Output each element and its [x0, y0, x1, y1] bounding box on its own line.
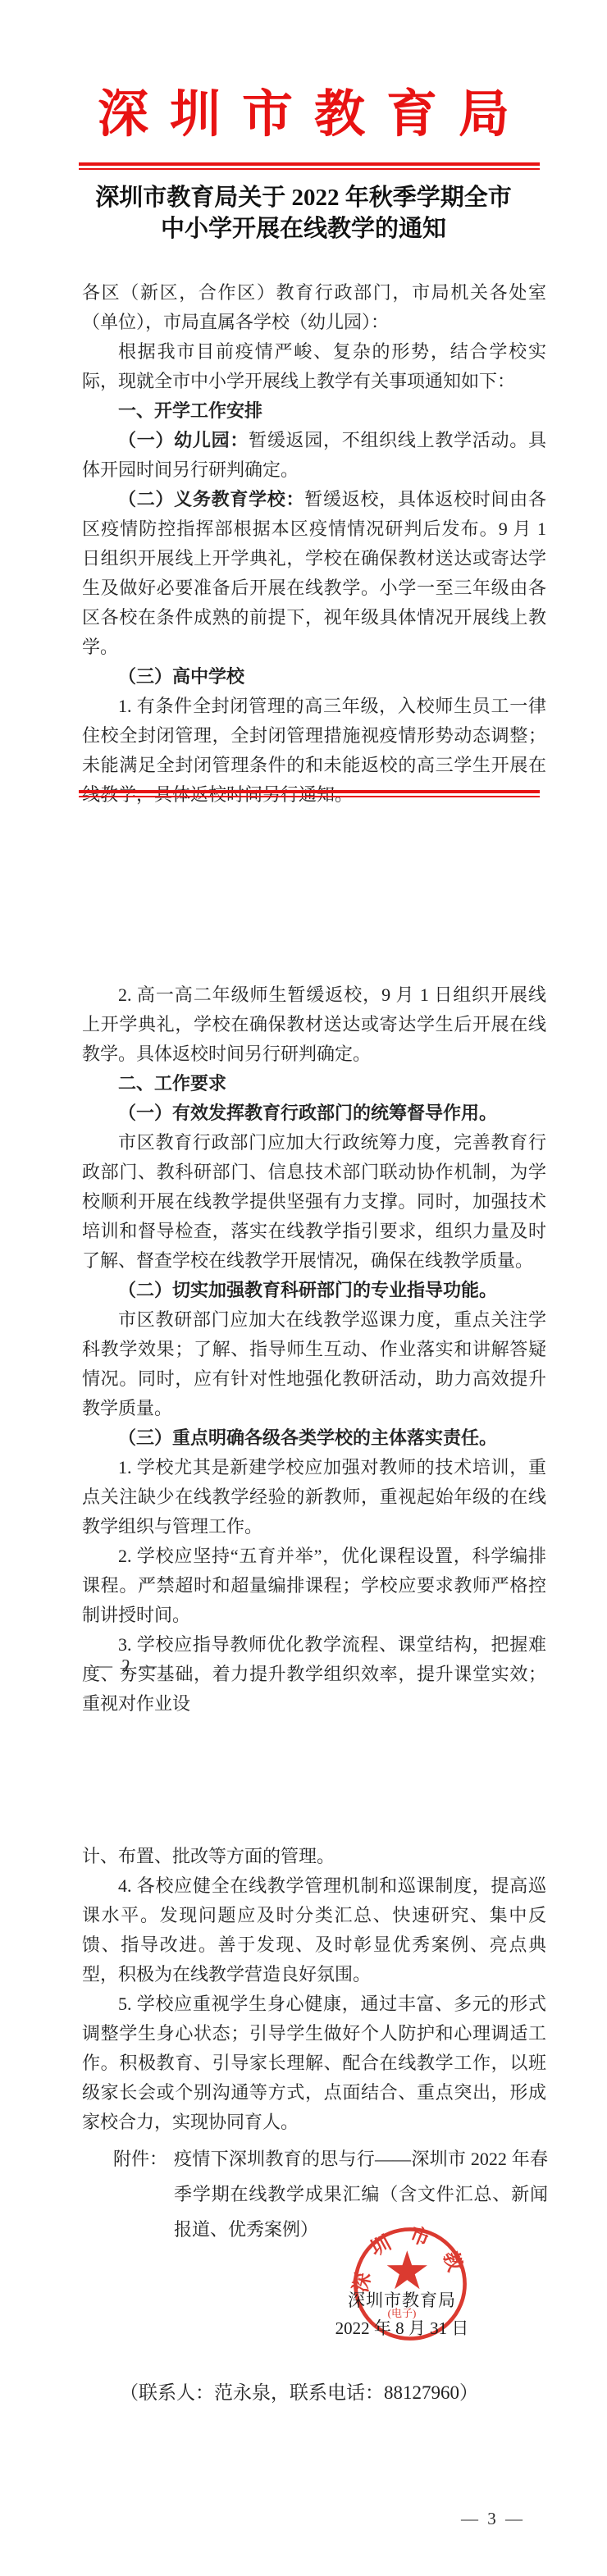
page1-body: 各区（新区，合作区）教育行政部门，市局机关各处室（单位），市局直属各学校（幼儿园… [82, 278, 546, 810]
heading-req3: （三）重点明确各级各类学校的主体落实责任。 [82, 1423, 546, 1453]
para-compulsory-school-lead: （二）义务教育学校： [118, 489, 304, 509]
document-scan: 深圳市教育局 深圳市教育局关于 2022 年秋季学期全市 中小学开展在线教学的通… [0, 0, 607, 2576]
seal-star-icon [387, 2250, 427, 2289]
document-title-line1: 深圳市教育局关于 2022 年秋季学期全市 [0, 182, 607, 213]
contact-line: （联系人：范永泉，联系电话：88127960） [120, 2377, 478, 2405]
signature-date: 2022 年 8 月 31 日 [312, 2315, 492, 2340]
page2-number: — 2 — [95, 1656, 159, 1676]
para-intro: 根据我市目前疫情严峻、复杂的形势，结合学校实际，现就全市中小学开展线上教学有关事… [82, 337, 546, 396]
page2-body: 2. 高一高二年级师生暂缓返校，9 月 1 日组织开展线上开学典礼，学校在确保教… [82, 980, 546, 1719]
agency-letterhead: 深圳市教育局 [0, 85, 607, 144]
attachment-label: 附件： [113, 2141, 167, 2247]
para-salutation: 各区（新区，合作区）教育行政部门，市局机关各处室（单位），市局直属各学校（幼儿园… [82, 278, 546, 337]
heading-high-school: （三）高中学校 [82, 662, 546, 692]
para-high-school-point2: 2. 高一高二年级师生暂缓返校，9 月 1 日组织开展线上开学典礼，学校在确保教… [82, 980, 546, 1069]
para-compulsory-school-text: 暂缓返校，具体返校时间由各区疫情防控指挥部根据本区疫情情况研判后发布。9 月 1… [82, 489, 546, 657]
document-title: 深圳市教育局关于 2022 年秋季学期全市 中小学开展在线教学的通知 [0, 182, 607, 244]
para-req2: 市区教研部门应加大在线教学巡课力度，重点关注学科教学效果；了解、指导师生互动、作… [82, 1305, 546, 1423]
page3-body: 计、布置、批改等方面的管理。 4. 各校应健全在线教学管理机制和巡课制度，提高巡… [82, 1842, 546, 2137]
heading-req2: （二）切实加强教育科研部门的专业指导功能。 [82, 1276, 546, 1305]
heading-section1: 一、开学工作安排 [82, 396, 546, 426]
para-req3-item4: 4. 各校应健全在线教学管理机制和巡课制度，提高巡课水平。发现问题应及时分类汇总… [82, 1871, 546, 1989]
para-kindergarten: （一）幼儿园：暂缓返园，不组织线上教学活动。具体开园时间另行研判确定。 [82, 426, 546, 485]
seal-arc-text: 深圳市教育局 [349, 2223, 471, 2295]
para-req3-item2: 2. 学校应坚持“五育并举”，优化课程设置，科学编排课程。严禁超时和超量编排课程… [82, 1541, 546, 1630]
document-title-line2: 中小学开展在线教学的通知 [0, 213, 607, 244]
para-req3-item3-continuation: 计、布置、批改等方面的管理。 [82, 1842, 546, 1871]
svg-text:深圳市教育局: 深圳市教育局 [349, 2223, 471, 2295]
attachment-note: 附件： 疫情下深圳教育的思与行——深圳市 2022 年春季学期在线教学成果汇编（… [113, 2141, 548, 2247]
page1-footer-line [79, 790, 540, 793]
para-req3-item1: 1. 学校尤其是新建学校应加强对教师的技术培训，重点关注缺少在线教学经验的新教师… [82, 1453, 546, 1541]
page3-number: — 3 — [461, 2509, 525, 2529]
heading-req1: （一）有效发挥教育行政部门的统筹督导作用。 [82, 1098, 546, 1128]
heading-section2: 二、工作要求 [82, 1069, 546, 1098]
letterhead-divider-line [79, 162, 540, 166]
para-compulsory-school: （二）义务教育学校：暂缓返校，具体返校时间由各区疫情防控指挥部根据本区疫情情况研… [82, 485, 546, 662]
para-kindergarten-lead: （一）幼儿园： [118, 430, 249, 450]
para-req3-item5: 5. 学校应重视学生身心健康，通过丰富、多元的形式调整学生身心状态；引导学生做好… [82, 1989, 546, 2137]
para-req1: 市区教育行政部门应加大行政统筹力度，完善教育行政部门、教科研部门、信息技术部门联… [82, 1128, 546, 1276]
